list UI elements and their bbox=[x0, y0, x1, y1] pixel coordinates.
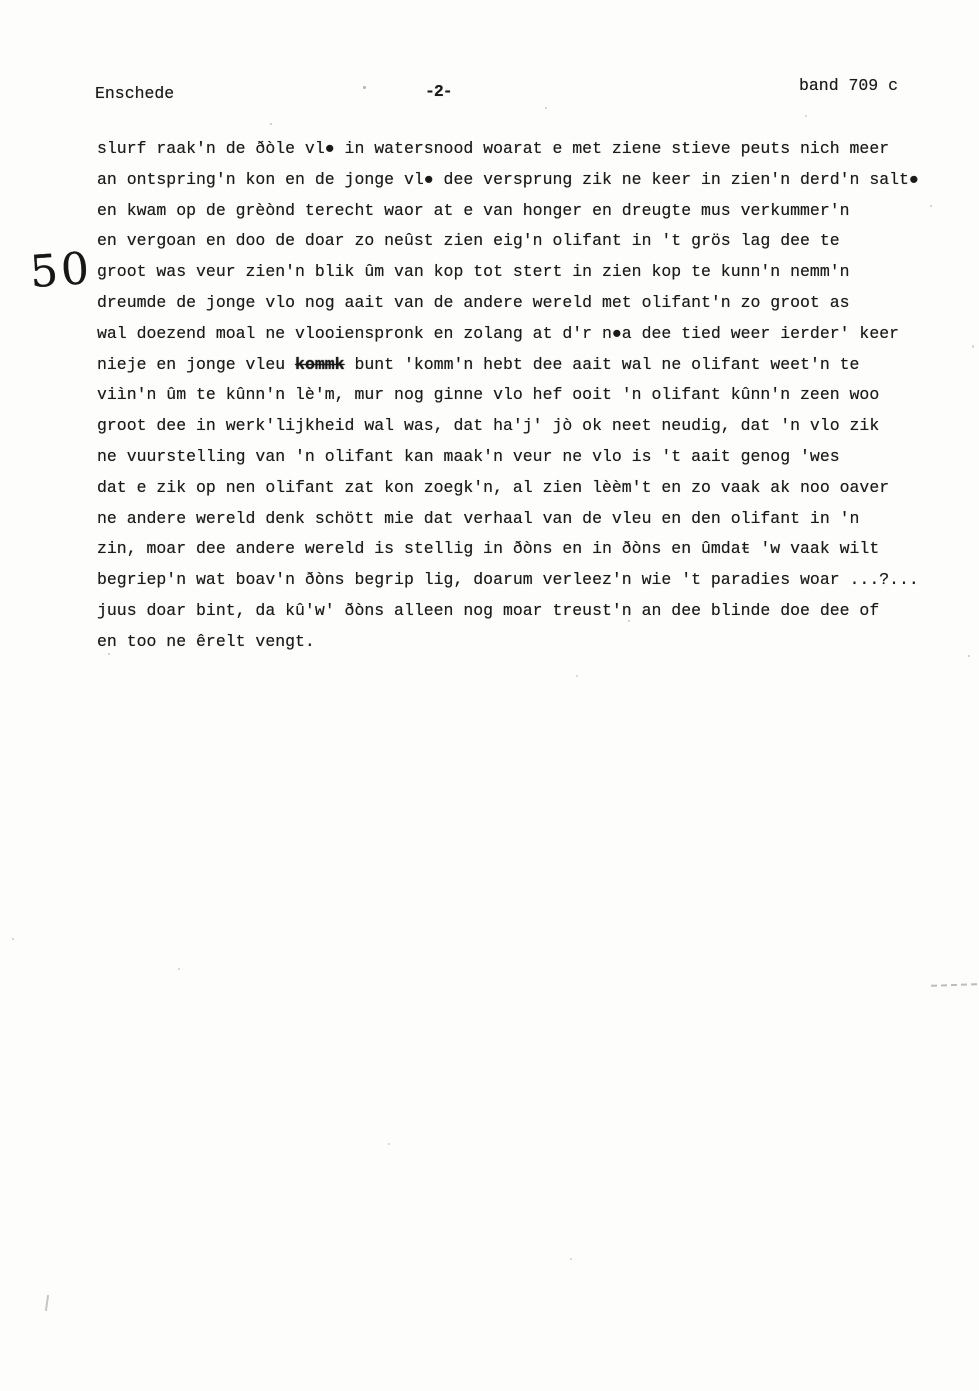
scan-corner-mark bbox=[45, 1295, 49, 1311]
text-line: en too ne êrelt vengt. bbox=[97, 632, 947, 663]
text-line: wal doezend moal ne vlooienspronk en zol… bbox=[97, 324, 947, 355]
typewritten-body: slurf raak'n de ðòle vl● in watersnood w… bbox=[97, 139, 947, 663]
text-line: groot dee in werk'lijkheid wal was, dat … bbox=[97, 416, 947, 447]
header-location: Enschede bbox=[95, 84, 174, 103]
text-line: en kwam op de grèònd terecht waor at e v… bbox=[97, 201, 947, 232]
scan-speckle bbox=[12, 938, 14, 940]
scan-speckle bbox=[363, 86, 366, 89]
handwritten-margin-number: 50 bbox=[28, 243, 93, 298]
scan-speckle bbox=[576, 675, 578, 677]
scan-speckle bbox=[968, 655, 970, 657]
text-line: en vergoan en doo de doar zo neûst zien … bbox=[97, 231, 947, 262]
text-line: groot was veur zien'n blik ûm van kop to… bbox=[97, 262, 947, 293]
scan-speckle bbox=[108, 653, 110, 655]
text-line: dat e zik op nen olifant zat kon zoegk'n… bbox=[97, 478, 947, 509]
text-line: nieje en jonge vleu kommk bunt 'komm'n h… bbox=[97, 355, 947, 386]
text-line: slurf raak'n de ðòle vl● in watersnood w… bbox=[97, 139, 947, 170]
scan-speckle bbox=[628, 620, 630, 622]
text-line: an ontspring'n kon en de jonge vl● dee v… bbox=[97, 170, 947, 201]
scan-speckle bbox=[178, 968, 180, 970]
scan-speckle bbox=[972, 345, 974, 348]
struck-out-word: kommk bbox=[295, 355, 345, 374]
text-line: ne andere wereld denk schött mie dat ver… bbox=[97, 509, 947, 540]
page-number: -2- bbox=[425, 82, 452, 101]
text-line: zin, moar dee andere wereld is stellig i… bbox=[97, 539, 947, 570]
scan-speckle bbox=[805, 115, 807, 117]
text-line: dreumde de jonge vlo nog aait van de and… bbox=[97, 293, 947, 324]
scan-speckle bbox=[270, 123, 272, 125]
scan-speckle bbox=[570, 1258, 572, 1260]
scan-edge-mark bbox=[931, 983, 977, 987]
text-line: viìn'n ûm te kûnn'n lè'm, mur nog ginne … bbox=[97, 385, 947, 416]
text-line: begriep'n wat boav'n ðòns begrip lig, do… bbox=[97, 570, 947, 601]
header-band-reference: band 709 c bbox=[799, 76, 898, 95]
text-line: juus doar bint, da kû'w' ðòns alleen nog… bbox=[97, 601, 947, 632]
text-line: ne vuurstelling van 'n olifant kan maak'… bbox=[97, 447, 947, 478]
scan-speckle bbox=[545, 107, 547, 109]
scanned-document-page: Enschede -2- band 709 c 50 slurf raak'n … bbox=[0, 0, 979, 1391]
scan-speckle bbox=[930, 205, 932, 207]
scan-speckle bbox=[388, 1143, 390, 1145]
